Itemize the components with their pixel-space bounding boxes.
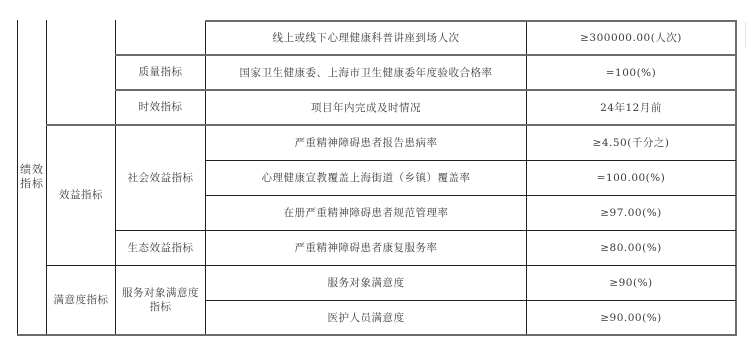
indicator-value: ≥90.00(%) bbox=[600, 311, 662, 325]
indicator-value-cell: ≥300000.00(人次) bbox=[527, 21, 735, 54]
indicator-name: 服务对象满意度 bbox=[328, 276, 405, 290]
indicator-name: 医护人员满意度 bbox=[328, 311, 405, 325]
indicator-value-cell: =100.00(%) bbox=[527, 161, 735, 195]
indicator-value-cell: ≥97.00(%) bbox=[527, 196, 735, 230]
level3-social-benefit-text: 社会效益指标 bbox=[128, 171, 194, 185]
level2-satisfaction-text: 满意度指标 bbox=[54, 293, 109, 307]
indicator-value-cell: ≥4.50(千分之) bbox=[527, 126, 735, 160]
indicator-value: =100.00(%) bbox=[597, 171, 666, 185]
indicator-name: 严重精神障碍患者报告患病率 bbox=[295, 136, 438, 150]
indicator-value: ≥80.00(%) bbox=[600, 241, 662, 255]
level2-benefit-text: 效益指标 bbox=[59, 188, 103, 202]
indicator-value-cell: ≥90.00(%) bbox=[527, 301, 735, 334]
indicator-name: 线上或线下心理健康科普讲座到场人次 bbox=[273, 31, 460, 45]
level2-benefit-label: 效益指标 bbox=[47, 125, 115, 265]
indicator-name: 严重精神障碍患者康复服务率 bbox=[295, 241, 438, 255]
level3-ecological-benefit-label: 生态效益指标 bbox=[116, 231, 205, 265]
indicator-value: =100(%) bbox=[606, 66, 657, 80]
indicator-name-cell: 医护人员满意度 bbox=[206, 301, 526, 334]
indicator-value-cell: ≥90(%) bbox=[527, 266, 735, 300]
indicator-value-cell: 24年12月前 bbox=[527, 91, 735, 124]
level3-service-satisfaction-text-line2: 指标 bbox=[150, 300, 172, 314]
level3-social-benefit-label: 社会效益指标 bbox=[116, 125, 205, 230]
level1-performance-label: 绩效指标 bbox=[18, 20, 46, 334]
indicator-name-cell: 项目年内完成及时情况 bbox=[206, 91, 526, 124]
level2-satisfaction-label: 满意度指标 bbox=[47, 266, 115, 334]
indicator-name: 心理健康宣教覆盖上海街道（乡镇）覆盖率 bbox=[262, 171, 471, 185]
level3-timeliness-label: 时效指标 bbox=[116, 90, 205, 124]
indicator-name-cell: 线上或线下心理健康科普讲座到场人次 bbox=[206, 21, 526, 54]
indicator-name-cell: 服务对象满意度 bbox=[206, 266, 526, 300]
level3-ecological-benefit-text: 生态效益指标 bbox=[128, 241, 194, 255]
level3-quality-text: 质量指标 bbox=[139, 65, 183, 79]
indicator-name: 国家卫生健康委、上海市卫生健康委年度验收合格率 bbox=[240, 66, 493, 80]
level3-timeliness-text: 时效指标 bbox=[139, 100, 183, 114]
indicator-value: 24年12月前 bbox=[600, 101, 662, 115]
level3-service-satisfaction-label: 服务对象满意度 指标 bbox=[116, 266, 205, 334]
level1-text: 绩效指标 bbox=[19, 163, 45, 191]
indicator-name: 在册严重精神障碍患者规范管理率 bbox=[284, 206, 449, 220]
indicator-value: ≥300000.00(人次) bbox=[580, 31, 682, 45]
row-line-bottom bbox=[17, 334, 737, 336]
indicator-value-cell: ≥80.00(%) bbox=[527, 231, 735, 265]
indicator-name-cell: 国家卫生健康委、上海市卫生健康委年度验收合格率 bbox=[206, 56, 526, 89]
level3-quality-label: 质量指标 bbox=[116, 55, 205, 89]
level3-service-satisfaction-text-line1: 服务对象满意度 bbox=[122, 286, 199, 300]
indicator-name-cell: 在册严重精神障碍患者规范管理率 bbox=[206, 196, 526, 230]
indicator-name-cell: 心理健康宣教覆盖上海街道（乡镇）覆盖率 bbox=[206, 161, 526, 195]
indicator-value: ≥4.50(千分之) bbox=[593, 136, 670, 150]
indicator-value-cell: =100(%) bbox=[527, 56, 735, 89]
indicator-name-cell: 严重精神障碍患者康复服务率 bbox=[206, 231, 526, 265]
indicator-value: ≥90(%) bbox=[609, 276, 652, 290]
indicator-name-cell: 严重精神障碍患者报告患病率 bbox=[206, 126, 526, 160]
indicator-value: ≥97.00(%) bbox=[600, 206, 662, 220]
indicator-name: 项目年内完成及时情况 bbox=[311, 101, 421, 115]
col-line-right bbox=[735, 20, 737, 336]
